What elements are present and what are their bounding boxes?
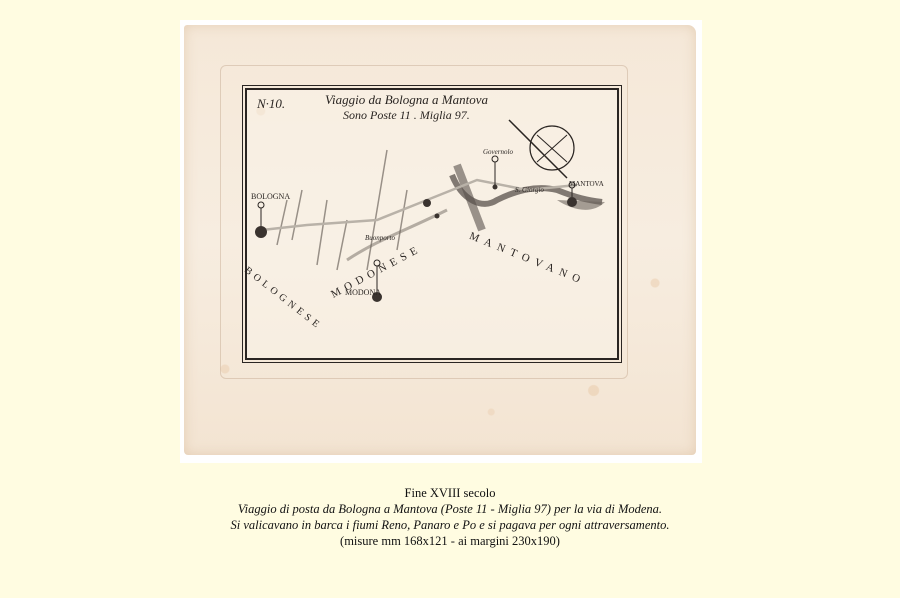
place-label-buonporto: Buonporto xyxy=(365,234,395,242)
place-label-bologna: BOLOGNA xyxy=(251,192,290,201)
caption: Fine XVIII secolo Viaggio di posta da Bo… xyxy=(0,485,900,549)
caption-description: Viaggio di posta da Bologna a Mantova (P… xyxy=(0,501,900,517)
place-label-mantova: MANTOVA xyxy=(569,180,604,188)
map-frame: N·10. Viaggio da Bologna a Mantova Sono … xyxy=(245,88,619,360)
map-number: N·10. xyxy=(257,96,285,112)
place-label-s-giorgio: S. Giorgio xyxy=(515,186,544,194)
caption-measurements: (misure mm 168x121 - ai margini 230x190) xyxy=(0,533,900,549)
map-title: Viaggio da Bologna a Mantova xyxy=(325,92,488,108)
caption-note: Si valicavano in barca i fiumi Reno, Pan… xyxy=(0,517,900,533)
caption-date: Fine XVIII secolo xyxy=(0,485,900,501)
map-subtitle: Sono Poste 11 . Miglia 97. xyxy=(343,108,470,123)
place-label-governolo: Governolo xyxy=(483,148,513,156)
